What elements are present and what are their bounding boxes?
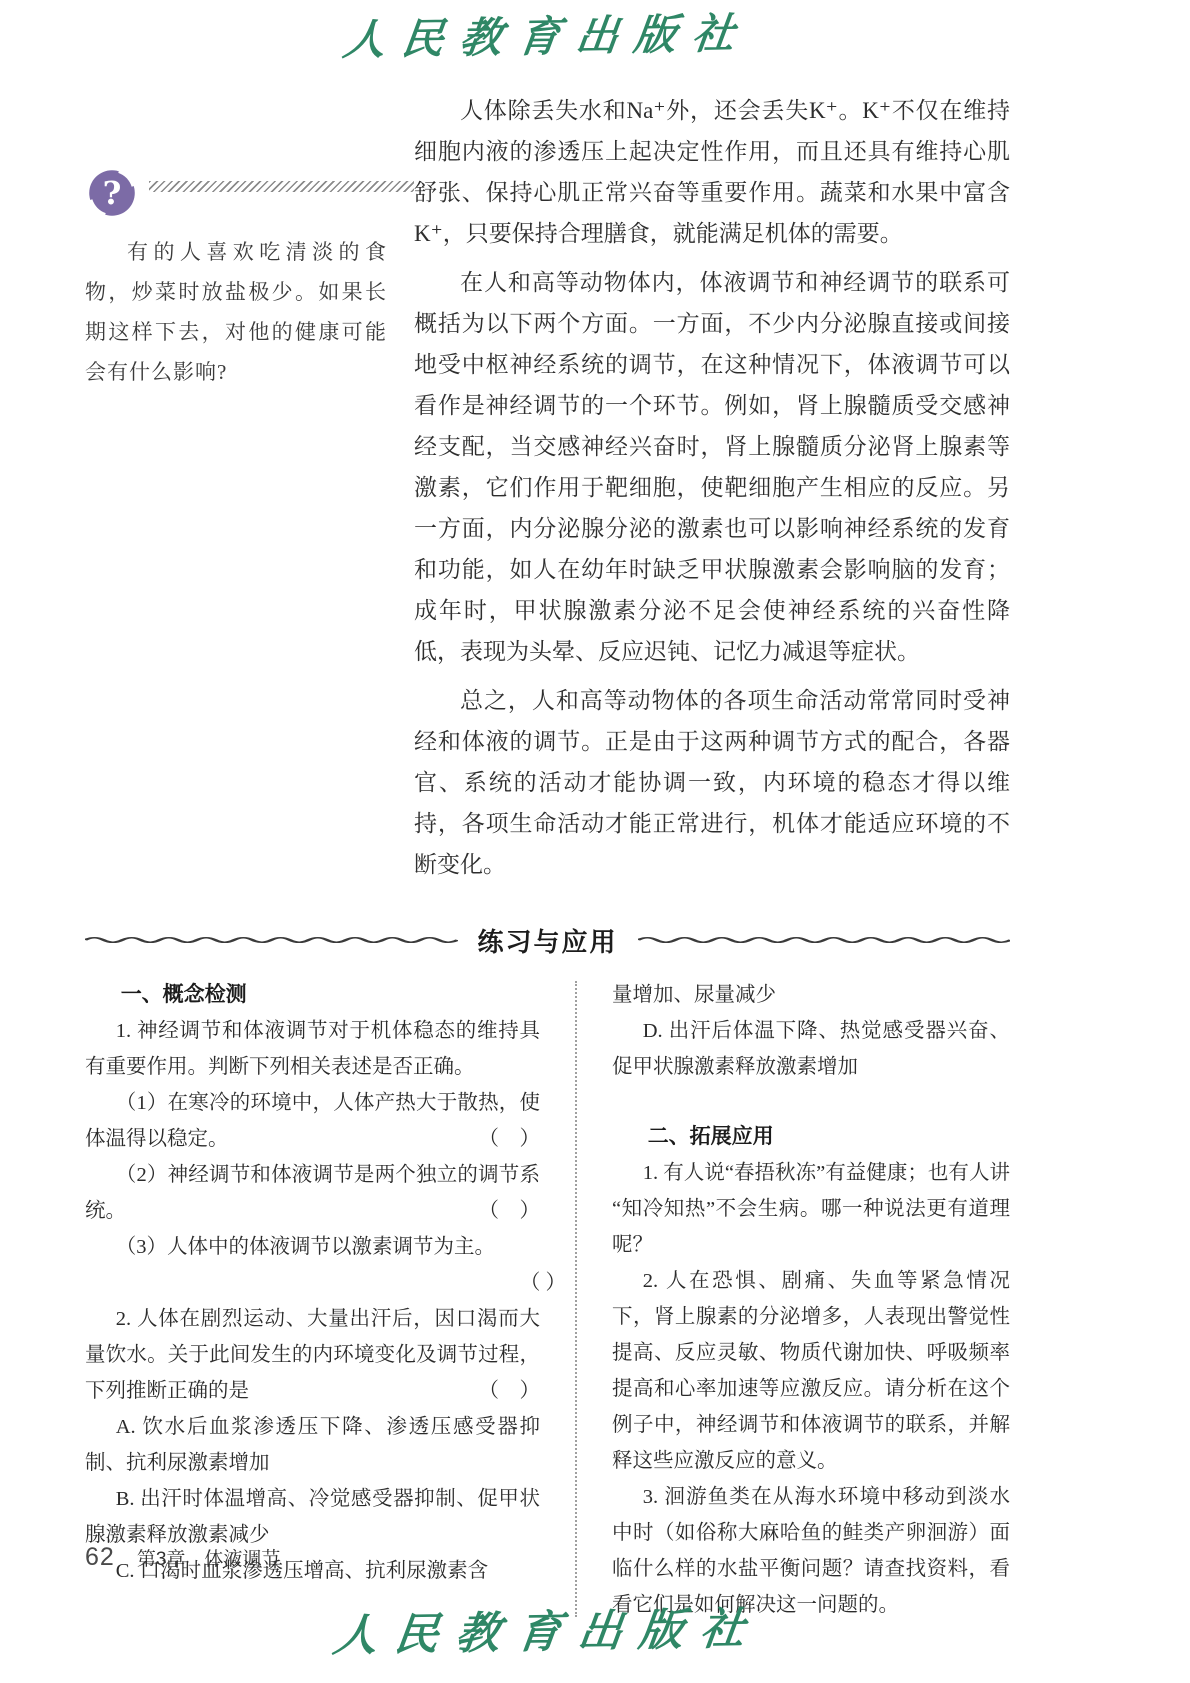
exercise-question: 1. 神经调节和体液调节对于机体稳态的维持具有重要作用。判断下列相关表述是否正确…	[85, 1013, 540, 1085]
page-footer: 62 第3章 体液调节	[85, 1543, 280, 1572]
margin-question-column: ? 有的人喜欢吃清淡的食物，炒菜时放盐极少。如果长期这样下去，对他的健康可能会有…	[85, 90, 414, 893]
exercise-heading-extension: 二、拓展应用	[612, 1119, 1010, 1155]
exercise-heading-concept-check: 一、概念检测	[85, 977, 540, 1013]
body-paragraph: 总之，人和高等动物体的各项生命活动常常同时受神经和体液的调节。正是由于这两种调节…	[414, 680, 1010, 885]
question-mark-glyph: ?	[103, 174, 122, 212]
publisher-logo-text: 人民教育出版社	[329, 1594, 766, 1671]
exercises-section-header: 练习与应用	[85, 919, 1010, 961]
exercise-question: 2. 人体在剧烈运动、大量出汗后，因口渴而大量饮水。关于此间发生的内环境变化及调…	[85, 1301, 540, 1409]
exercises-section-title: 练习与应用	[478, 922, 618, 959]
wavy-rule-left	[85, 934, 458, 946]
hatch-divider	[149, 181, 414, 192]
margin-question-text: 有的人喜欢吃清淡的食物，炒菜时放盐极少。如果长期这样下去，对他的健康可能会有什么…	[85, 232, 387, 392]
answer-blank: （ ）	[448, 1121, 540, 1157]
extension-question-1: 1. 有人说“春捂秋冻”有益健康；也有人讲“知冷知热”不会生病。哪一种说法更有道…	[612, 1155, 1010, 1263]
publisher-logo-text: 人民教育出版社	[341, 6, 755, 67]
question-mark-icon: ?	[85, 166, 139, 220]
main-text-column: 人体除丢失水和Na⁺外，还会丢失K⁺。K⁺不仅在维持细胞内液的渗透压上起决定性作…	[414, 90, 1010, 893]
answer-blank: （ ）	[489, 1265, 566, 1301]
choice-option-a: A. 饮水后血浆渗透压下降、渗透压感受器抑制、抗利尿激素增加	[85, 1409, 540, 1481]
publisher-logo-bottom: 人民教育出版社	[0, 1598, 1095, 1668]
upper-content: ? 有的人喜欢吃清淡的食物，炒菜时放盐极少。如果长期这样下去，对他的健康可能会有…	[85, 90, 1010, 893]
exercise-statement: （2）神经调节和体液调节是两个独立的调节系统。（ ）	[85, 1157, 540, 1229]
exercises-right-column: 量增加、尿量减少 D. 出汗后体温下降、热觉感受器兴奋、促甲状腺激素释放激素增加…	[612, 977, 1010, 1623]
chapter-label: 第3章 体液调节	[137, 1544, 281, 1571]
choice-option-c-continuation: 量增加、尿量减少	[612, 977, 1010, 1013]
wavy-rule-right	[638, 934, 1011, 946]
body-paragraph: 在人和高等动物体内，体液调节和神经调节的联系可概括为以下两个方面。一方面，不少内…	[414, 262, 1010, 672]
exercises-left-column: 一、概念检测 1. 神经调节和体液调节对于机体稳态的维持具有重要作用。判断下列相…	[85, 977, 540, 1623]
exercise-statement: （1）在寒冷的环境中，人体产热大于散热，使体温得以稳定。（ ）	[85, 1085, 540, 1157]
choice-option-d: D. 出汗后体温下降、热觉感受器兴奋、促甲状腺激素释放激素增加	[612, 1013, 1010, 1085]
answer-blank: （ ）	[448, 1193, 540, 1229]
question-icon-row: ?	[85, 166, 414, 220]
statement-text: （3）人体中的体液调节以激素调节为主。	[116, 1236, 495, 1258]
page-number: 62	[85, 1543, 115, 1572]
textbook-page: 人民教育出版社 ? 有的人喜欢吃清淡的食物，炒菜时放盐极少。如果长期这样下去，对…	[0, 0, 1190, 1683]
answer-blank: （ ）	[448, 1373, 540, 1409]
exercise-statement: （3）人体中的体液调节以激素调节为主。（ ）	[85, 1229, 566, 1301]
body-paragraph: 人体除丢失水和Na⁺外，还会丢失K⁺。K⁺不仅在维持细胞内液的渗透压上起决定性作…	[414, 90, 1010, 254]
publisher-logo-top: 人民教育出版社	[85, 0, 1010, 70]
exercises-block: 一、概念检测 1. 神经调节和体液调节对于机体稳态的维持具有重要作用。判断下列相…	[85, 977, 1010, 1623]
extension-question-2: 2. 人在恐惧、剧痛、失血等紧急情况下，肾上腺素的分泌增多，人表现出警觉性提高、…	[612, 1263, 1010, 1479]
